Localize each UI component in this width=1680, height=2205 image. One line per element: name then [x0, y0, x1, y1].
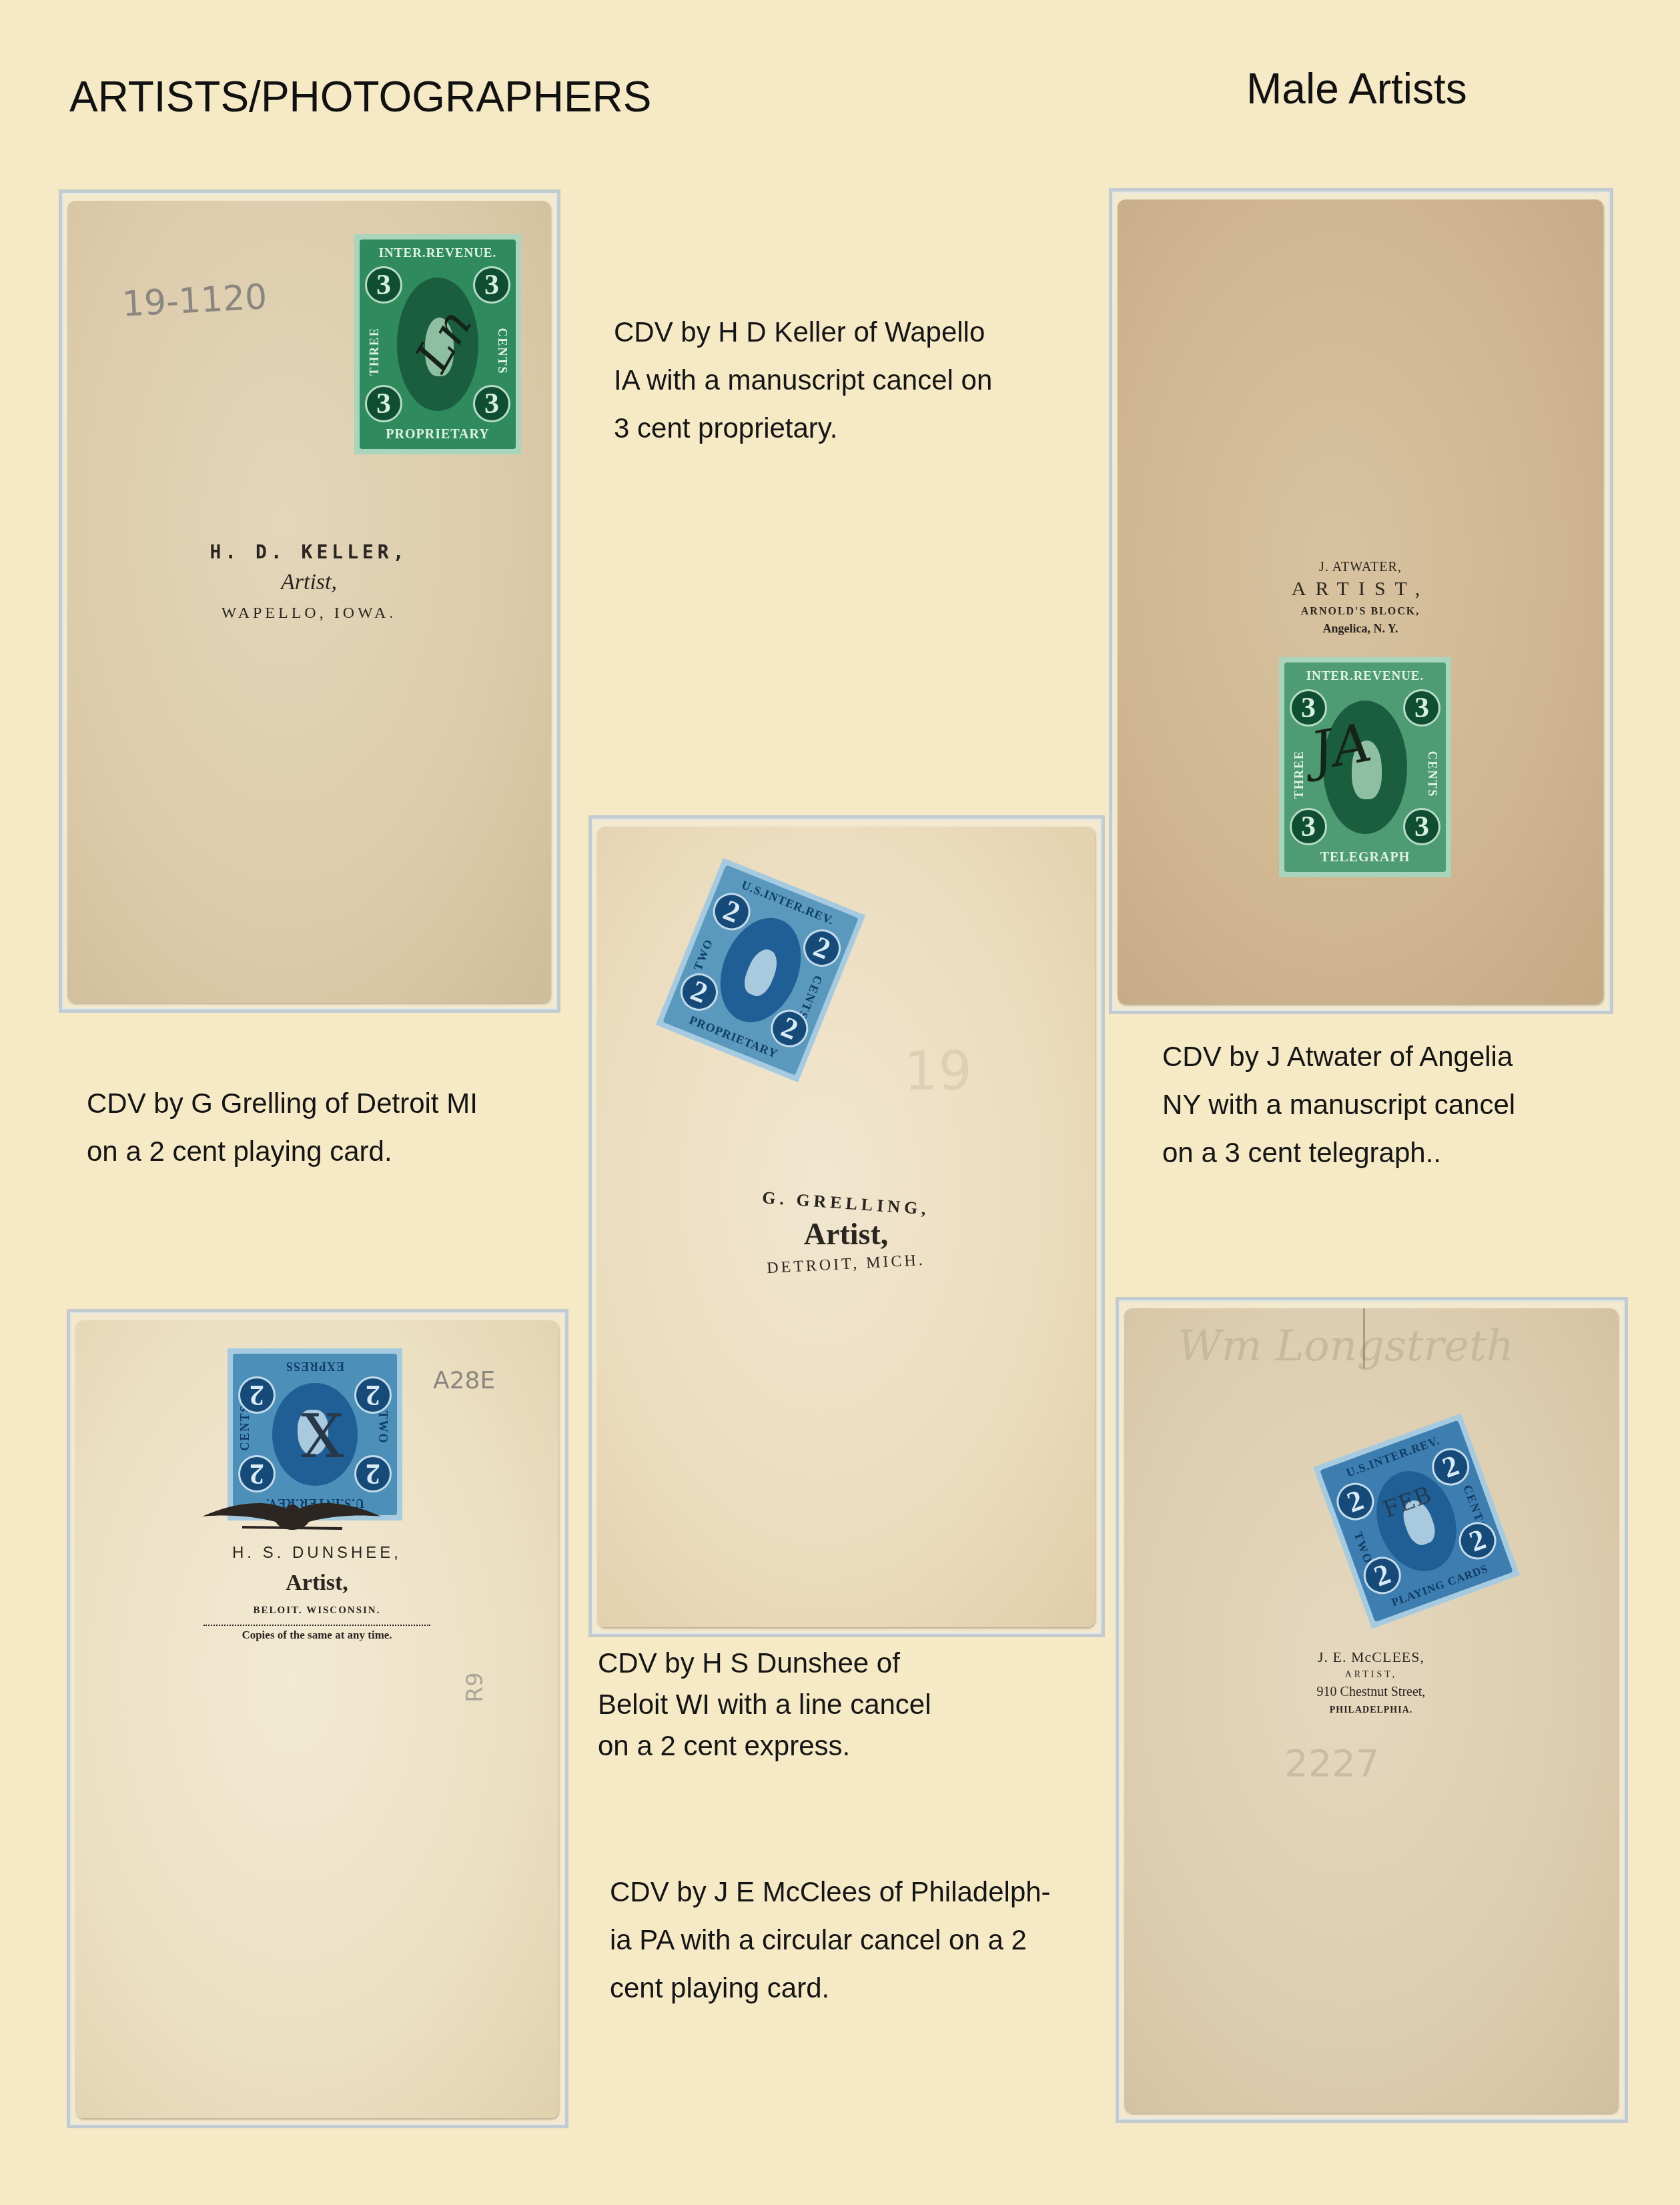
revenue-stamp-3c-proprietary: INTER.REVENUE. 3 3 THREE CENTS 3 3 PROPR… [354, 234, 521, 454]
pencil-note: 2227 [1284, 1742, 1380, 1785]
stamp-top-label: INTER.REVENUE. [360, 246, 516, 261]
cdv-keller-card[interactable]: 19-1120 INTER.REVENUE. 3 3 THREE CENTS 3… [67, 201, 550, 1003]
pencil-inscription: Wm Longstreth [1178, 1322, 1514, 1371]
stamp-denomination: 3 [1403, 689, 1440, 727]
stamp-top-label: INTER.REVENUE. [1284, 669, 1446, 684]
manuscript-cancel: JA [1306, 711, 1376, 783]
pencil-note-2: R9 [462, 1672, 488, 1702]
imprint-address: 910 Chestnut Street, [1124, 1685, 1618, 1700]
imprint-address: ARNOLD'S BLOCK, [1118, 606, 1603, 618]
photographer-imprint: J. E. McCLEES, ARTIST, 910 Chestnut Stre… [1124, 1649, 1618, 1716]
stamp-denomination: 3 [1403, 808, 1440, 845]
pencil-note: 19-1120 [121, 277, 268, 324]
caption-grelling: CDV by G Grelling of Detroit MI on a 2 c… [87, 1079, 478, 1176]
stamp-right-label: CENTS [1424, 751, 1438, 797]
stamp-left-label: TWO [376, 1410, 390, 1444]
stamp-bottom-label: TELEGRAPH [1284, 850, 1446, 865]
pencil-note: 19 [904, 1040, 972, 1102]
stamp-denomination: 2 [238, 1376, 276, 1414]
cdv-atwater-sleeve: J. ATWATER, ARTIST, ARNOLD'S BLOCK, Ange… [1109, 188, 1613, 1014]
stamp-left-label: TWO [691, 937, 716, 973]
imprint-location: PHILADELPHIA. [1124, 1705, 1618, 1716]
stamp-denomination: 2 [354, 1455, 392, 1492]
photographer-imprint: H. S. DUNSHEE, Artist, BELOIT. WISCONSIN… [75, 1544, 558, 1642]
imprint-title: ARTIST, [1124, 1670, 1618, 1681]
photographer-imprint: G. GRELLING, Artist, DETROIT, MICH. [597, 1194, 1095, 1274]
cdv-grelling-card[interactable]: U.S.INTER.REV. 2 2 TWO CENTS 2 2 PROPRIE… [597, 827, 1095, 1627]
imprint-title: Artist, [75, 1571, 558, 1596]
stamp-denomination: 3 [473, 266, 510, 304]
stamp-denomination: 2 [238, 1455, 276, 1492]
washington-portrait-icon [740, 945, 783, 999]
cdv-mcclees-sleeve: Wm Longstreth U.S.INTER.REV. 2 2 TWO CEN… [1116, 1297, 1628, 2123]
stamp-denomination: 3 [365, 385, 402, 422]
stamp-denomination: 2 [1332, 1478, 1380, 1526]
revenue-stamp-2c-playing-cards: U.S.INTER.REV. 2 2 TWO CENTS 2 2 PLAYING… [1313, 1413, 1520, 1629]
line-cancel: X [301, 1402, 344, 1472]
imprint-tagline: Copies of the same at any time. [75, 1629, 558, 1642]
pencil-note: A28E [433, 1367, 495, 1394]
cdv-dunshee-card[interactable]: U.S.INTER.REV. 2 2 TWO CENTS 2 2 EXPRESS… [75, 1320, 558, 2118]
stamp-bottom-label: PROPRIETARY [360, 427, 516, 442]
stamp-bottom-label: EXPRESS [233, 1359, 397, 1373]
imprint-name: J. E. McCLEES, [1124, 1649, 1618, 1666]
imprint-location: Angelica, N. Y. [1118, 622, 1603, 636]
imprint-name: H. D. KELLER, [67, 541, 550, 563]
revenue-stamp-2c-proprietary: U.S.INTER.REV. 2 2 TWO CENTS 2 2 PROPRIE… [656, 858, 865, 1082]
imprint-name: J. ATWATER, [1118, 560, 1603, 575]
stamp-denomination: 3 [473, 385, 510, 422]
page-subtitle: Male Artists [1246, 64, 1467, 113]
stamp-right-label: CENTS [494, 328, 508, 374]
photographer-imprint: J. ATWATER, ARTIST, ARNOLD'S BLOCK, Ange… [1118, 560, 1603, 636]
photographer-imprint: H. D. KELLER, Artist, WAPELLO, IOWA. [67, 541, 550, 622]
cdv-keller-sleeve: 19-1120 INTER.REVENUE. 3 3 THREE CENTS 3… [59, 189, 560, 1013]
caption-mcclees: CDV by J E McClees of Philadelph- ia PA … [610, 1868, 1051, 2012]
imprint-location: WAPELLO, IOWA. [67, 604, 550, 622]
caption-atwater: CDV by J Atwater of Angelia NY with a ma… [1162, 1033, 1515, 1177]
stamp-denomination: 2 [1454, 1517, 1502, 1565]
caption-keller: CDV by H D Keller of Wapello IA with a m… [614, 308, 992, 452]
cdv-dunshee-sleeve: U.S.INTER.REV. 2 2 TWO CENTS 2 2 EXPRESS… [67, 1309, 568, 2128]
caption-dunshee: CDV by H S Dunshee of Beloit WI with a l… [598, 1643, 931, 1767]
stamp-denomination: 2 [354, 1376, 392, 1414]
stamp-left-label: THREE [1292, 750, 1306, 799]
stamp-denomination: 3 [1290, 808, 1327, 845]
cdv-grelling-sleeve: U.S.INTER.REV. 2 2 TWO CENTS 2 2 PROPRIE… [588, 815, 1105, 1637]
card-crease [1363, 1308, 1365, 1368]
wavy-rule [203, 1621, 430, 1626]
cdv-atwater-card[interactable]: J. ATWATER, ARTIST, ARNOLD'S BLOCK, Ange… [1118, 199, 1603, 1004]
page-title: ARTISTS/PHOTOGRAPHERS [69, 72, 651, 121]
cdv-mcclees-card[interactable]: Wm Longstreth U.S.INTER.REV. 2 2 TWO CEN… [1124, 1308, 1618, 2113]
imprint-name: H. S. DUNSHEE, [75, 1544, 558, 1563]
imprint-title: Artist, [67, 570, 550, 595]
stamp-denomination: 3 [365, 266, 402, 304]
revenue-stamp-3c-telegraph: INTER.REVENUE. 3 3 THREE CENTS 3 3 TELEG… [1279, 657, 1451, 877]
imprint-location: BELOIT. WISCONSIN. [75, 1605, 558, 1617]
stamp-left-label: THREE [368, 327, 382, 376]
imprint-title: ARTIST, [1118, 578, 1603, 600]
eagle-icon [202, 1494, 382, 1540]
